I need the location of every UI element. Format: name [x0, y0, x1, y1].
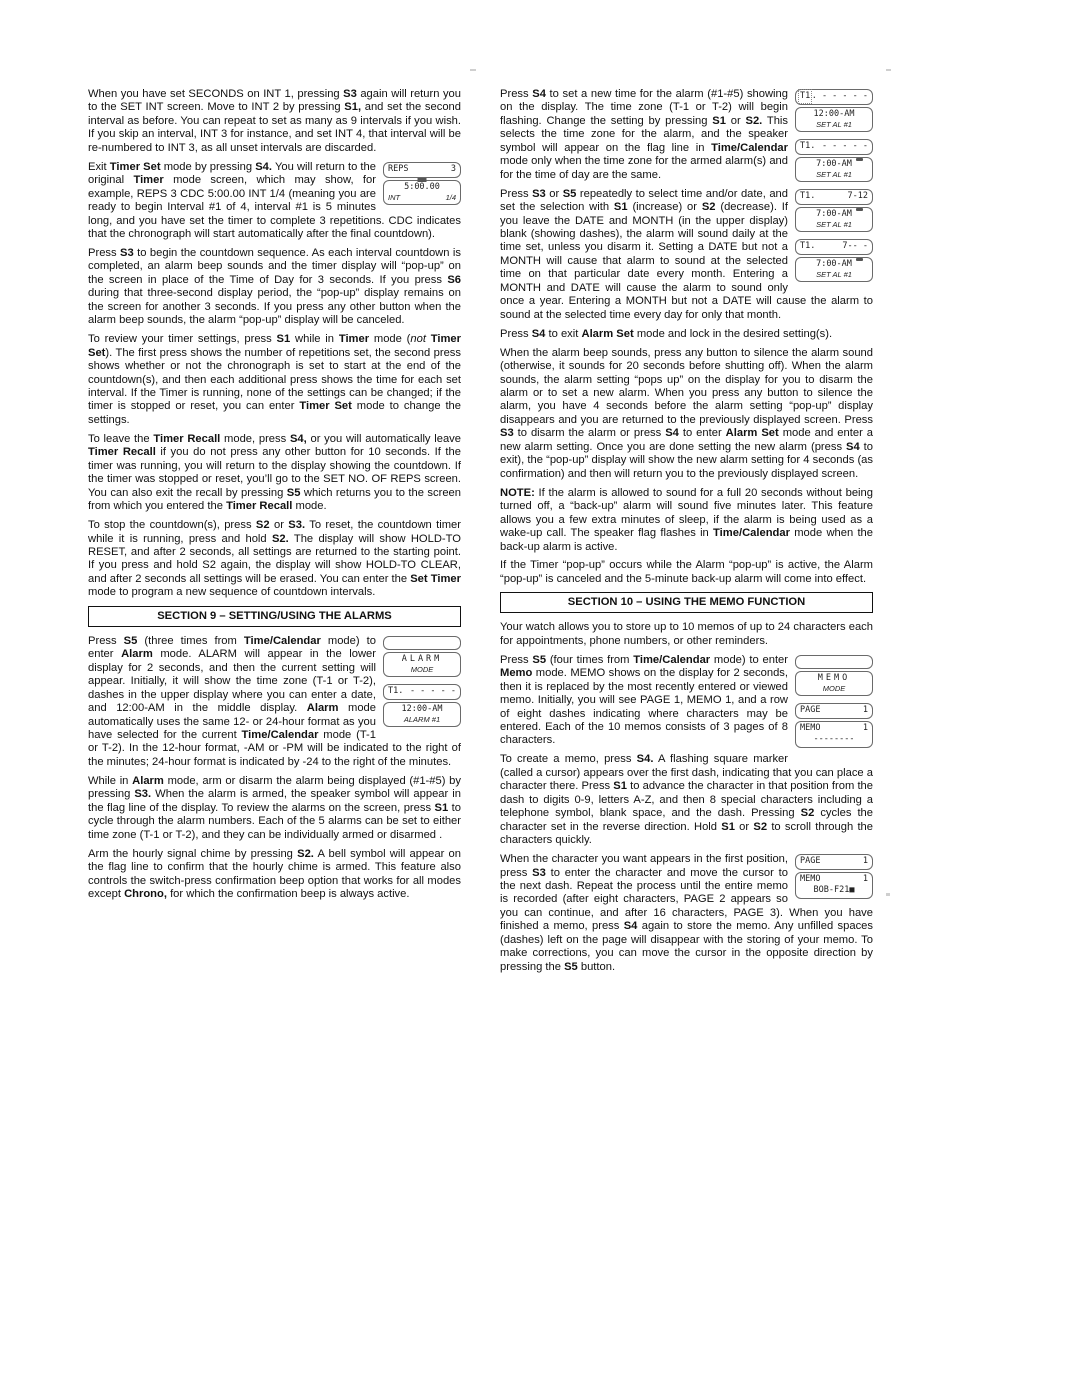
- lcd-memo-mode-display: MEMOMODE: [795, 655, 873, 698]
- body-text: mode and lock in the desired setting(s).: [634, 328, 832, 340]
- bold-text: S2: [256, 519, 270, 531]
- bold-text: S4: [624, 920, 638, 932]
- body-text: to begin the countdown sequence. As each…: [88, 247, 461, 286]
- body-text: or: [546, 188, 563, 200]
- paragraph: Press S4 to exit Alarm Set mode and lock…: [500, 328, 873, 341]
- body-text: or you will automatically leave: [307, 433, 461, 445]
- lcd-text-line: T1.- - - - -: [800, 141, 868, 152]
- body-text: Exit: [88, 161, 110, 173]
- lcd-text-line: PAGE1: [800, 856, 868, 867]
- lcd-row-box: ALARMMODE: [383, 652, 461, 677]
- bold-text: S5: [287, 487, 301, 499]
- bold-text: S3.: [134, 788, 151, 800]
- body-text: To review your timer settings, press: [88, 333, 277, 345]
- paragraph: T1. - - - - -12:00-AMSET AL #1T1.- - - -…: [500, 88, 873, 182]
- lcd-row-box: PAGE1: [795, 854, 873, 870]
- paragraph: ALARMMODET1.- - - - -12:00-AMALARM #1Pre…: [88, 635, 461, 770]
- lcd-row-box: MEMO1BOB-F21■: [795, 872, 873, 899]
- lcd-row-box: T1.7-12: [795, 189, 873, 205]
- bold-text: Memo: [500, 667, 532, 679]
- bold-text: Set Timer: [410, 573, 461, 585]
- lcd-text-line: 12:00-AM: [388, 704, 456, 715]
- bold-text: Timer: [133, 174, 163, 186]
- bold-text: Timer Set: [299, 400, 352, 412]
- lcd-row-box: REPS3: [383, 162, 461, 178]
- bold-text: S2.: [272, 533, 289, 545]
- lcd-text-line: SET AL #1: [800, 270, 868, 279]
- lcd-row-box: T1.- - - - -: [795, 139, 873, 155]
- scan-artifact-mark: [470, 69, 476, 71]
- lcd-row-box: [795, 655, 873, 669]
- lcd-text-line: T1.7-12: [800, 191, 868, 202]
- body-text: To stop the countdown(s), press: [88, 519, 256, 531]
- bold-text: S6: [447, 274, 461, 286]
- body-text: (four times from: [546, 654, 633, 666]
- right-column: T1. - - - - -12:00-AMSET AL #1T1.- - - -…: [500, 88, 873, 980]
- paragraph: NOTE: If the alarm is allowed to sound f…: [500, 487, 873, 554]
- bold-text: S3: [532, 188, 546, 200]
- lcd-text-line: ALARM #1: [388, 715, 456, 724]
- body-text: While in: [88, 775, 132, 787]
- body-text: Arm the hourly signal chime by pressing: [88, 848, 297, 860]
- lcd-text-line: MEMO1: [800, 874, 868, 885]
- lcd-row-box: T1.- - - - -: [383, 684, 461, 700]
- body-text: To create a memo, press: [500, 753, 637, 765]
- lcd-text-line: MEMO: [800, 673, 868, 684]
- body-text: while in: [290, 333, 339, 345]
- bold-text: S1: [435, 802, 449, 814]
- paragraph: To review your timer settings, press S1 …: [88, 333, 461, 427]
- bold-text: S3: [120, 247, 134, 259]
- body-text: mode) to enter: [710, 654, 788, 666]
- bold-text: Alarm: [307, 702, 339, 714]
- lcd-text-line: PAGE1: [800, 705, 868, 716]
- lcd-row-box: 7:00-AMSET AL #1: [795, 157, 873, 182]
- lcd-row-box: PAGE1: [795, 703, 873, 719]
- bold-text: S3: [532, 867, 546, 879]
- body-text: When you have set SECONDS on INT 1, pres…: [88, 88, 343, 100]
- lcd-alarm-mode-display: ALARMMODE: [383, 636, 461, 679]
- body-text: mode (: [369, 333, 410, 345]
- paragraph: PAGE1MEMO1BOB-F21■When the character you…: [500, 853, 873, 974]
- section-heading: SECTION 9 – SETTING/USING THE ALARMS: [88, 606, 461, 627]
- paragraph: To create a memo, press S4. A flashing s…: [500, 753, 873, 847]
- body-text: mode only when the time zone for the arm…: [500, 155, 788, 180]
- bold-text: Timer Recall: [226, 500, 292, 512]
- bold-text: S1: [712, 115, 726, 127]
- lcd-set-alarm-700-display: T1.- - - - -7:00-AMSET AL #1: [795, 139, 873, 184]
- lcd-text-line: T1.7-- -: [800, 241, 868, 252]
- bold-text: Chrono,: [124, 888, 167, 900]
- bold-text: Timer Set: [110, 161, 161, 173]
- paragraph: To leave the Timer Recall mode, press S4…: [88, 433, 461, 514]
- bold-text: S4.: [255, 161, 272, 173]
- lcd-text-line: T1.- - - - -: [388, 686, 456, 697]
- bold-text: S1: [277, 333, 291, 345]
- lcd-row-box: T1. - - - - -: [795, 89, 873, 105]
- lcd-set-alarm-date-display: T1.7-127:00-AMSET AL #1: [795, 189, 873, 234]
- body-text: mode to program a new sequence of countd…: [88, 586, 375, 598]
- paragraph: Your watch allows you to store up to 10 …: [500, 621, 873, 648]
- lcd-text-line: SET AL #1: [800, 170, 868, 179]
- body-text: If the Timer “pop-up” occurs while the A…: [500, 559, 873, 584]
- italic-text: not: [410, 333, 426, 345]
- body-text: When the alarm beep sounds, press any bu…: [500, 347, 873, 426]
- lcd-alarm-initial-display: T1.- - - - -12:00-AMALARM #1: [383, 684, 461, 729]
- scan-artifact-mark: [886, 893, 890, 896]
- body-text: Press: [500, 654, 532, 666]
- bold-text: S1: [613, 780, 627, 792]
- bold-text: Alarm Set: [581, 328, 633, 340]
- paragraph: T1.7-127:00-AMSET AL #1T1.7-- -7:00-AMSE…: [500, 188, 873, 323]
- bold-text: S4: [846, 441, 860, 453]
- lcd-text-line: INT1/4: [388, 193, 456, 202]
- bold-text: S1: [614, 201, 628, 213]
- body-text: button.: [578, 961, 615, 973]
- lcd-divider-tick: [418, 178, 427, 182]
- lcd-text-line: SET AL #1: [800, 220, 868, 229]
- bold-text: S4: [532, 88, 546, 100]
- bold-text: Timer Recall: [88, 446, 156, 458]
- paragraph: Arm the hourly signal chime by pressing …: [88, 848, 461, 902]
- body-text: mode, press: [220, 433, 290, 445]
- bold-text: Time/Calendar: [713, 527, 790, 539]
- bold-text: S2.: [297, 848, 314, 860]
- lcd-text-line: MEMO1: [800, 723, 868, 734]
- lcd-row-box: 12:00-AMSET AL #1: [795, 107, 873, 132]
- body-text: Press: [500, 88, 532, 100]
- speaker-flag-icon: [856, 208, 863, 211]
- bold-text: S4: [532, 328, 546, 340]
- paragraph: If the Timer “pop-up” occurs while the A…: [500, 559, 873, 586]
- lcd-text-line: MODE: [388, 665, 456, 674]
- lcd-row-box: T1.7-- -: [795, 239, 873, 255]
- lcd-memo-entry-display: PAGE1MEMO1BOB-F21■: [795, 854, 873, 901]
- bold-text: Time/Calendar: [711, 142, 788, 154]
- paragraph: While in Alarm mode, arm or disarm the a…: [88, 775, 461, 842]
- speaker-flag-icon: [856, 158, 863, 161]
- body-text: during that three-second display period,…: [88, 287, 461, 326]
- bold-text: Timer Recall: [153, 433, 220, 445]
- lcd-set-alarm-1200-display: T1. - - - - -12:00-AMSET AL #1: [795, 89, 873, 134]
- lcd-row-box: 7:00-AMSET AL #1: [795, 257, 873, 282]
- bold-text: Time/Calendar: [633, 654, 710, 666]
- body-text: (three times from: [137, 635, 244, 647]
- body-text: to enter: [679, 427, 726, 439]
- paragraph: MEMOMODEPAGE1MEMO1--------Press S5 (four…: [500, 654, 873, 748]
- lcd-timer-reps-display: REPS35:00.00INT1/4: [383, 162, 461, 207]
- bold-text: S5: [564, 961, 578, 973]
- bold-text: Time/Calendar: [244, 635, 321, 647]
- bold-text: Alarm: [132, 775, 164, 787]
- lcd-text-line: --------: [800, 734, 868, 745]
- lcd-row-box: 5:00.00INT1/4: [383, 180, 461, 205]
- body-text: Press: [500, 328, 532, 340]
- bold-text: S2: [753, 821, 767, 833]
- lcd-text-line: ALARM: [388, 654, 456, 665]
- manual-page: When you have set SECONDS on INT 1, pres…: [0, 0, 1080, 1397]
- body-text: mode. MEMO shows on the display for 2 se…: [500, 667, 788, 746]
- scan-artifact-mark: [886, 69, 891, 71]
- bold-text: S5: [532, 654, 546, 666]
- body-text: or: [726, 115, 746, 127]
- bold-text: NOTE:: [500, 487, 535, 499]
- lcd-text-line: 5:00.00: [388, 182, 456, 193]
- bold-text: S3.: [288, 519, 305, 531]
- bold-text: Alarm Set: [726, 427, 779, 439]
- bold-text: S1,: [344, 101, 361, 113]
- lcd-memo-page1-display: PAGE1MEMO1--------: [795, 703, 873, 750]
- lcd-row-box: MEMOMODE: [795, 671, 873, 696]
- section-heading: SECTION 10 – USING THE MEMO FUNCTION: [500, 592, 873, 613]
- paragraph: When the alarm beep sounds, press any bu…: [500, 347, 873, 482]
- bold-text: S5: [124, 635, 138, 647]
- bold-text: S3: [343, 88, 357, 100]
- paragraph: REPS35:00.00INT1/4Exit Timer Set mode by…: [88, 161, 461, 242]
- lcd-row-box: MEMO1--------: [795, 721, 873, 748]
- bold-text: S5: [563, 188, 577, 200]
- body-text: to disarm the alarm or press: [514, 427, 666, 439]
- bold-text: S4: [665, 427, 679, 439]
- lcd-text-line: T1. - - - - -: [800, 91, 868, 102]
- paragraph: When you have set SECONDS on INT 1, pres…: [88, 88, 461, 155]
- lcd-text-line: MODE: [800, 684, 868, 693]
- body-text: (increase) or: [628, 201, 702, 213]
- lcd-text-line: BOB-F21■: [800, 885, 868, 896]
- body-text: for which the confirmation beep is alway…: [167, 888, 410, 900]
- body-text: Press: [500, 188, 532, 200]
- body-text: mode by pressing: [161, 161, 256, 173]
- bold-text: S3: [500, 427, 514, 439]
- bold-text: S2: [801, 807, 815, 819]
- body-text: mode.: [292, 500, 326, 512]
- body-text: Press: [88, 635, 124, 647]
- body-text: To leave the: [88, 433, 153, 445]
- lcd-text-line: 12:00-AM: [800, 109, 868, 120]
- bold-text: S4,: [290, 433, 307, 445]
- body-text: or: [270, 519, 289, 531]
- paragraph: Press S3 to begin the countdown sequence…: [88, 247, 461, 328]
- lcd-row-box: [383, 636, 461, 650]
- bold-text: Time/Calendar: [242, 729, 319, 741]
- body-text: Your watch allows you to store up to 10 …: [500, 621, 873, 646]
- lcd-text-line: REPS3: [388, 164, 456, 175]
- bold-text: Timer: [339, 333, 369, 345]
- bold-text: S2: [702, 201, 716, 213]
- bold-text: S4.: [637, 753, 654, 765]
- bold-text: Alarm: [121, 648, 153, 660]
- body-text: Press: [88, 247, 120, 259]
- bold-text: S1: [721, 821, 735, 833]
- lcd-text-line: SET AL #1: [800, 120, 868, 129]
- lcd-row-box: 12:00-AMALARM #1: [383, 702, 461, 727]
- speaker-flag-icon: [856, 258, 863, 261]
- left-column: When you have set SECONDS on INT 1, pres…: [88, 88, 461, 907]
- body-text: or: [735, 821, 753, 833]
- lcd-set-alarm-month-display: T1.7-- -7:00-AMSET AL #1: [795, 239, 873, 284]
- bold-text: S2.: [745, 115, 762, 127]
- paragraph: To stop the countdown(s), press S2 or S3…: [88, 519, 461, 600]
- body-text: to exit: [545, 328, 581, 340]
- lcd-row-box: 7:00-AMSET AL #1: [795, 207, 873, 232]
